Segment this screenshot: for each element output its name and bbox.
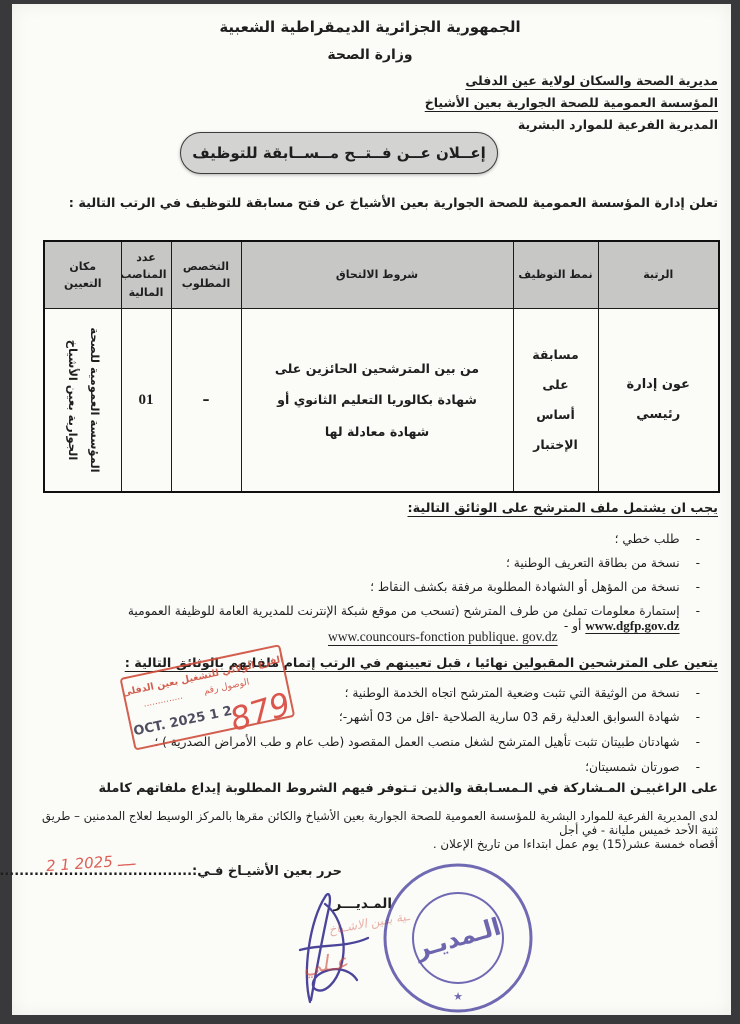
org-directorate: مديرية الصحة والسكان لولاية عين الدفلى	[425, 70, 718, 91]
docs1-item-2: - نسخة من بطاقة التعريف الوطنية ؛	[40, 556, 700, 570]
bullet-dash: -	[696, 686, 700, 700]
docs1-item-3: - نسخة من المؤهل أو الشهادة المطلوبة مرف…	[40, 580, 700, 594]
bullet-dash: -	[696, 710, 700, 724]
bullet-dash: -	[696, 735, 700, 749]
blue-round-stamp: المؤسسة العمومية للصحة الجوارية بعين الأ…	[338, 856, 578, 1018]
org-block: مديرية الصحة والسكان لولاية عين الدفلى ا…	[425, 70, 718, 136]
cell-conditions: من بين المترشحين الحائزين على شهادة بكال…	[241, 309, 513, 493]
cell-specialty: –	[171, 309, 241, 493]
closing-bold-line: على الراغبيـن المـشاركة في الـمسـابقة وا…	[99, 781, 718, 796]
ministry-header: وزارة الصحة	[0, 47, 740, 63]
announcement-title: إعــلان عــن فــتــح مــســابقة للتوظيف	[180, 132, 498, 174]
cell-location: المؤسسة العمومية للصحة الجوارية بعين الأ…	[44, 309, 121, 493]
bullet-dash: -	[696, 556, 700, 570]
docs1-item4-text: إستمارة معلومات تملئ من طرف المترشح (تسح…	[128, 604, 680, 618]
bullet-dash: -	[696, 580, 700, 594]
col-rank: الرتبة	[598, 241, 719, 309]
col-positions: عدد المناصب المالية	[121, 241, 171, 309]
closing-line-2: لدى المديرية الفرعية للموارد البشرية للم…	[28, 809, 718, 837]
closing-line-3: أقصاه خمسة عشر(15) يوم عمل ابتداءا من تا…	[433, 837, 718, 851]
bullet-dash: -	[696, 760, 700, 774]
svg-text:المؤسسة العمومية للصحة الجواري: المؤسسة العمومية للصحة الجوارية بعين الأ…	[338, 856, 344, 859]
recruitment-table: الرتبة نمط التوظيف شروط الالتحاق التخصص …	[43, 240, 720, 493]
docs1-item4-tail: أو -	[564, 619, 582, 633]
col-conditions: شروط الالتحاق	[241, 241, 513, 309]
org-establishment: المؤسسة العمومية للصحة الجوارية بعين الأ…	[425, 92, 718, 113]
table-header-row: الرتبة نمط التوظيف شروط الالتحاق التخصص …	[44, 241, 719, 309]
concours-url: www.councours-fonction publique. gov.dz	[328, 629, 558, 645]
bullet-dash: -	[696, 604, 700, 618]
vertical-location-text: المؤسسة العمومية للصحة الجوارية بعين الأ…	[61, 300, 105, 500]
cell-rank: عون إدارة رئيسي	[598, 309, 719, 493]
table-row: عون إدارة رئيسي مسابقة على أساس الإختبار…	[44, 309, 719, 493]
cell-positions: 01	[121, 309, 171, 493]
stamp-star-icon: ★	[453, 990, 463, 1003]
scanned-document: الجمهورية الجزائرية الديمقراطية الشعبية …	[0, 0, 740, 1024]
docs1-heading: يجب ان يشتمل ملف المترشح على الوثائق الت…	[408, 501, 718, 516]
red-registry-stamp: الفرع الولائي للتشغيل بعين الدفلى الوصول…	[110, 645, 315, 770]
red-stamp-number: 879	[225, 685, 295, 739]
intro-sentence: تعلن إدارة المؤسسة العمومية للصحة الجوار…	[69, 196, 718, 211]
country-header: الجمهورية الجزائرية الديمقراطية الشعبية	[0, 18, 740, 36]
cell-recruitment-mode: مسابقة على أساس الإختبار	[513, 309, 598, 493]
stamp-ring-text: المؤسسة العمومية للصحة الجوارية بعين الأ…	[338, 856, 344, 859]
red-stamp-dots: ..............	[142, 692, 183, 710]
dgfp-url: www.dgfp.gov.dz	[585, 618, 679, 633]
col-recruitment-mode: نمط التوظيف	[513, 241, 598, 309]
col-location: مكان التعيين	[44, 241, 121, 309]
docs1-item-1: - طلب خطي ؛	[40, 532, 700, 546]
col-specialty: التخصص المطلوب	[171, 241, 241, 309]
bullet-dash: -	[696, 532, 700, 546]
stamp-center-text: الـمديـر	[411, 912, 504, 963]
